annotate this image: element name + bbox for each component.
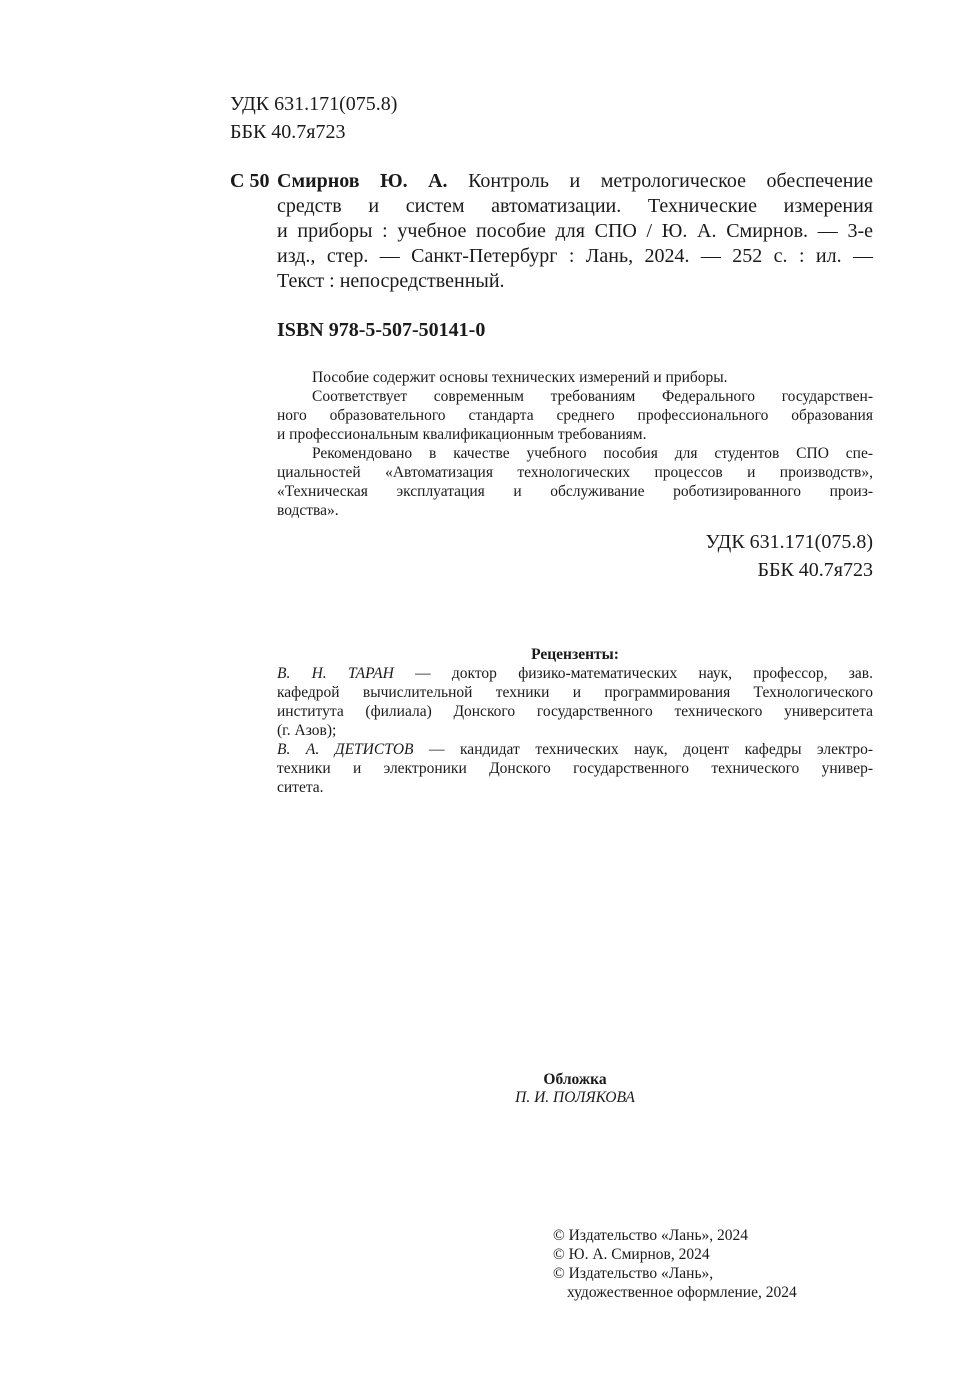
copyright-line: © Издательство «Лань», bbox=[553, 1264, 797, 1283]
author-sign-code: С 50 bbox=[230, 169, 269, 194]
annotation-line: водства». bbox=[277, 501, 873, 520]
biblio-line: и приборы : учебное пособие для СПО / Ю.… bbox=[277, 219, 873, 244]
bbk-code-bottom: ББК 40.7я723 bbox=[757, 558, 873, 583]
biblio-line: Смирнов Ю. А. Контроль и метрологическое… bbox=[277, 169, 873, 194]
reviewer-line: кафедрой вычислительной техники и програ… bbox=[277, 683, 873, 702]
isbn: ISBN 978-5-507-50141-0 bbox=[277, 318, 485, 343]
reviewer-name: В. А. ДЕТИСТОВ bbox=[277, 741, 413, 758]
copyright-line: художественное оформление, 2024 bbox=[553, 1283, 797, 1302]
annotation-line: Пособие содержит основы технических изме… bbox=[277, 368, 873, 387]
annotation-line: Соответствует современным требованиям Фе… bbox=[277, 387, 873, 406]
reviewer-line: (г. Азов); bbox=[277, 721, 873, 740]
reviewer-line: ситета. bbox=[277, 778, 873, 797]
author-name: Смирнов Ю. А. bbox=[277, 170, 448, 192]
cover-credit-heading: Обложка bbox=[475, 1070, 675, 1089]
bibliographic-record: Смирнов Ю. А. Контроль и метрологическое… bbox=[277, 169, 873, 294]
reviewer-line: техники и электроники Донского государст… bbox=[277, 759, 873, 778]
copyright-block: © Издательство «Лань», 2024 © Ю. А. Смир… bbox=[553, 1226, 797, 1302]
annotation-line: и профессиональным квалификационным треб… bbox=[277, 425, 873, 444]
annotation: Пособие содержит основы технических изме… bbox=[277, 368, 873, 520]
biblio-line: Текст : непосредственный. bbox=[277, 269, 873, 294]
udk-code: УДК 631.171(075.8) bbox=[230, 92, 397, 117]
cover-designer-name: П. И. ПОЛЯКОВА bbox=[475, 1088, 675, 1107]
biblio-line: изд., стер. — Санкт-Петербург : Лань, 20… bbox=[277, 244, 873, 269]
reviewer-name: В. Н. ТАРАН bbox=[277, 665, 394, 682]
reviewer-line: института (филиала) Донского государстве… bbox=[277, 702, 873, 721]
copyright-line: © Ю. А. Смирнов, 2024 bbox=[553, 1245, 797, 1264]
reviewer-line: В. Н. ТАРАН — доктор физико-математическ… bbox=[277, 664, 873, 683]
reviewer-line: В. А. ДЕТИСТОВ — кандидат технических на… bbox=[277, 740, 873, 759]
reviewers-heading: Рецензенты: bbox=[277, 645, 873, 664]
annotation-line: циальностей «Автоматизация технологическ… bbox=[277, 463, 873, 482]
annotation-line: «Техническая эксплуатация и обслуживание… bbox=[277, 482, 873, 501]
bbk-code: ББК 40.7я723 bbox=[230, 120, 346, 145]
udk-code-bottom: УДК 631.171(075.8) bbox=[706, 530, 873, 555]
reviewers-list: В. Н. ТАРАН — доктор физико-математическ… bbox=[277, 664, 873, 797]
biblio-line: средств и систем автоматизации. Техничес… bbox=[277, 194, 873, 219]
annotation-line: ного образовательного стандарта среднего… bbox=[277, 406, 873, 425]
copyright-line: © Издательство «Лань», 2024 bbox=[553, 1226, 797, 1245]
annotation-line: Рекомендовано в качестве учебного пособи… bbox=[277, 444, 873, 463]
